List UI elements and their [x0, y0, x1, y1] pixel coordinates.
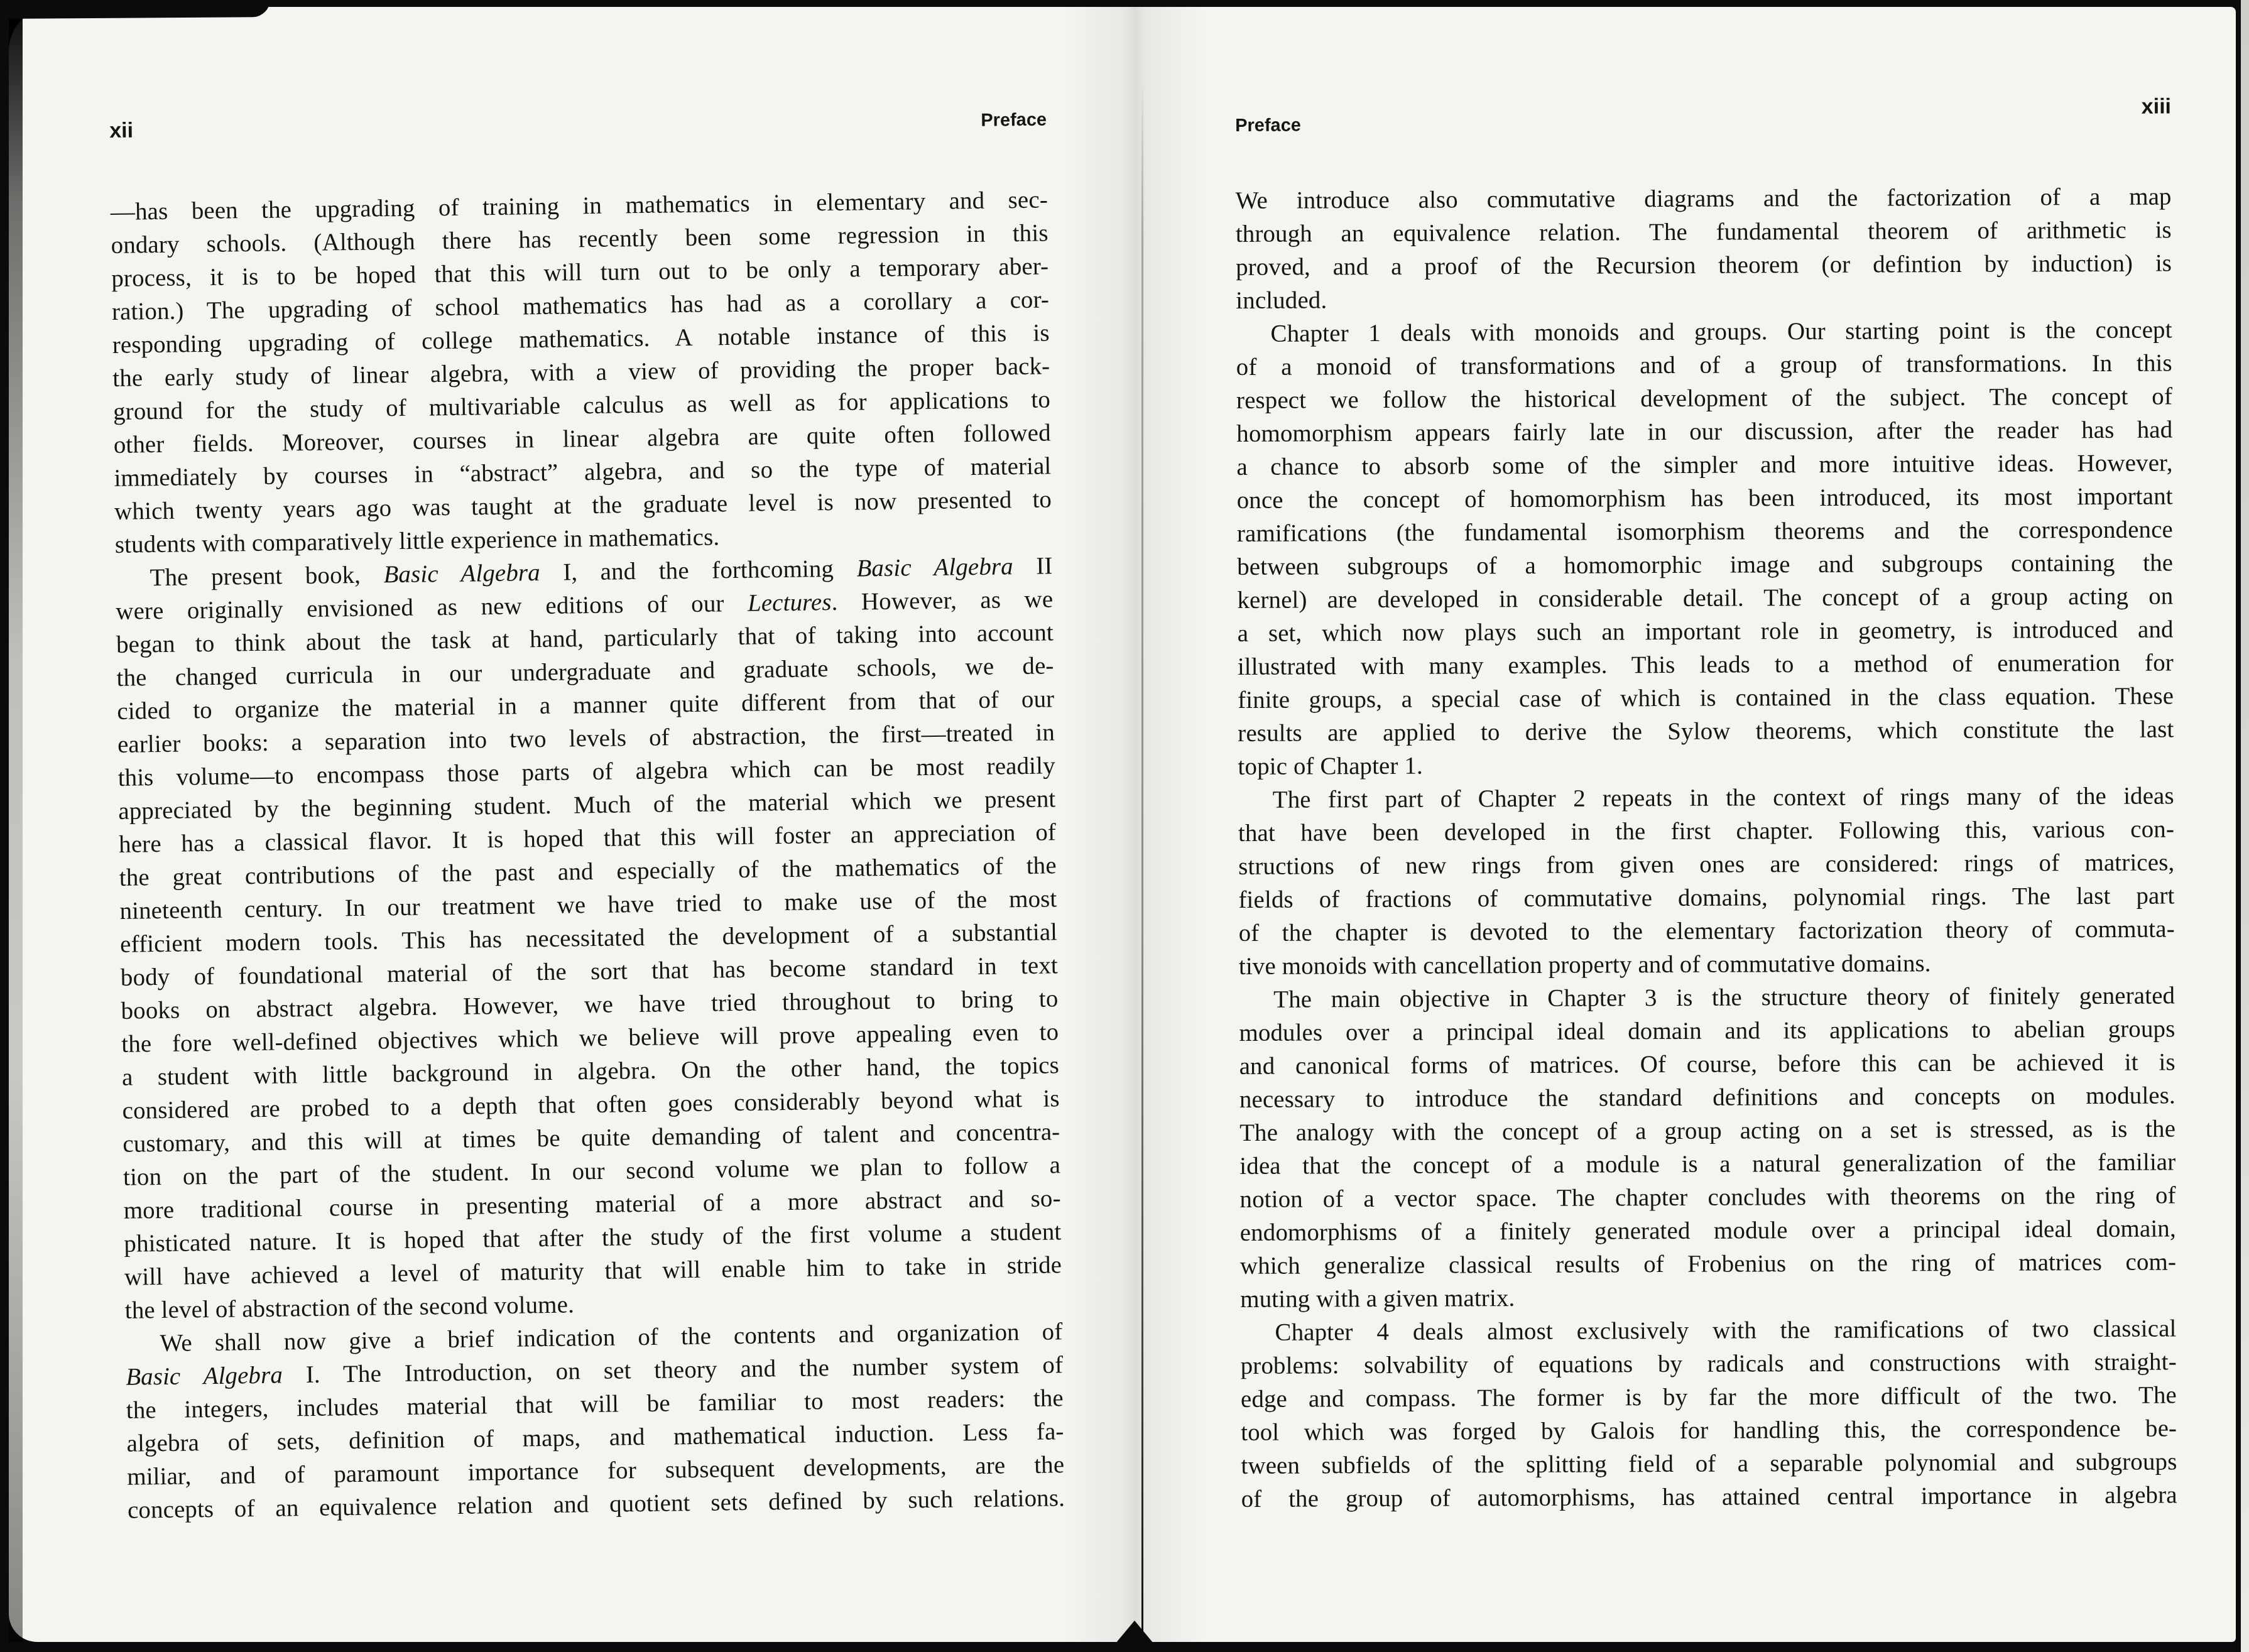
- text-line: finite groups, a special case of which i…: [1238, 679, 2174, 717]
- right-page-header: Preface xiii: [1235, 108, 2171, 139]
- gutter-bottom-notch: [1116, 1621, 1153, 1643]
- text-line: necessary to introduce the standard defi…: [1239, 1079, 2175, 1116]
- text-line: of the chapter is devoted to the element…: [1239, 912, 2175, 950]
- text-line: of the group of automorphisms, has attai…: [1241, 1478, 2177, 1516]
- text-line: respect we follow the historical develop…: [1236, 379, 2172, 417]
- right-page-number: xiii: [2142, 94, 2171, 119]
- text-line: structions of new rings from given ones …: [1238, 845, 2174, 883]
- text-line: and canonical forms of matrices. Of cour…: [1239, 1045, 2175, 1083]
- page-gutter: [1141, 82, 1143, 1632]
- text-line: that have been developed in the first ch…: [1238, 812, 2174, 850]
- right-page-text: We introduce also commutative diagrams a…: [1235, 180, 2177, 1515]
- text-line: We introduce also commutative diagrams a…: [1235, 180, 2171, 217]
- scan-border-top-left: [0, 0, 270, 19]
- left-page-header: xii Preface: [109, 106, 1047, 145]
- text-line: tool which was forged by Galois for hand…: [1241, 1411, 2177, 1449]
- text-line: topic of Chapter 1.: [1238, 746, 2174, 783]
- text-line: The analogy with the concept of a group …: [1239, 1112, 2175, 1149]
- text-line: Chapter 4 deals almost exclusively with …: [1240, 1312, 2176, 1349]
- text-line: which generalize classical results of Fr…: [1240, 1245, 2176, 1283]
- left-running-head: Preface: [981, 109, 1047, 131]
- text-line: Chapter 1 deals with monoids and groups.…: [1236, 313, 2172, 351]
- text-line: tween subfields of the splitting field o…: [1241, 1445, 2177, 1482]
- left-page-text: —has been the upgrading of training in m…: [111, 183, 1065, 1526]
- text-line: idea that the concept of a module is a n…: [1239, 1145, 2175, 1183]
- text-line: homomorphism appears fairly late in our …: [1236, 413, 2172, 450]
- text-line: edge and compass. The former is by far t…: [1241, 1378, 2177, 1416]
- text-line: between subgroups of a homomorphic image…: [1237, 546, 2173, 584]
- text-line: problems: solvability of equations by ra…: [1241, 1345, 2177, 1383]
- book-scan: xii Preface —has been the upgrading of t…: [0, 0, 2249, 1652]
- text-line: kernel) are developed in considerable de…: [1237, 579, 2173, 617]
- left-page: xii Preface —has been the upgrading of t…: [109, 106, 1065, 1526]
- text-line: through an equivalence relation. The fun…: [1236, 213, 2172, 251]
- text-line: tive monoids with cancellation property …: [1239, 945, 2175, 983]
- book-page-spread: xii Preface —has been the upgrading of t…: [9, 7, 2236, 1642]
- right-page: Preface xiii We introduce also commutati…: [1235, 108, 2177, 1515]
- left-page-number: xii: [109, 119, 133, 143]
- text-line: The first part of Chapter 2 repeats in t…: [1238, 779, 2174, 817]
- text-line: The main objective in Chapter 3 is the s…: [1239, 979, 2175, 1016]
- text-line: modules over a principal ideal domain an…: [1239, 1012, 2175, 1050]
- text-line: notion of a vector space. The chapter co…: [1239, 1178, 2175, 1216]
- text-line: included.: [1236, 280, 2172, 317]
- text-line: of a monoid of transformations and of a …: [1236, 346, 2172, 384]
- left-page-edge-shadow: [9, 7, 23, 1642]
- gutter-shadow: [1063, 7, 1207, 1642]
- right-page-edge: [2241, 0, 2249, 1652]
- text-line: muting with a given matrix.: [1240, 1278, 2176, 1316]
- right-running-head: Preface: [1235, 116, 1301, 136]
- text-line: ramifications (the fundamental isomorphi…: [1237, 513, 2173, 550]
- text-line: endomorphisms of a finitely generated mo…: [1240, 1212, 2176, 1249]
- text-line: illustrated with many examples. This lea…: [1238, 646, 2174, 683]
- text-line: results are applied to derive the Sylow …: [1238, 712, 2174, 750]
- text-line: once the concept of homomorphism has bee…: [1237, 479, 2173, 517]
- text-line: fields of fractions of commutative domai…: [1238, 879, 2174, 916]
- text-line: proved, and a proof of the Recursion the…: [1236, 246, 2172, 284]
- text-line: a chance to absorb some of the simpler a…: [1236, 446, 2172, 484]
- text-line: a set, which now plays such an important…: [1238, 612, 2174, 650]
